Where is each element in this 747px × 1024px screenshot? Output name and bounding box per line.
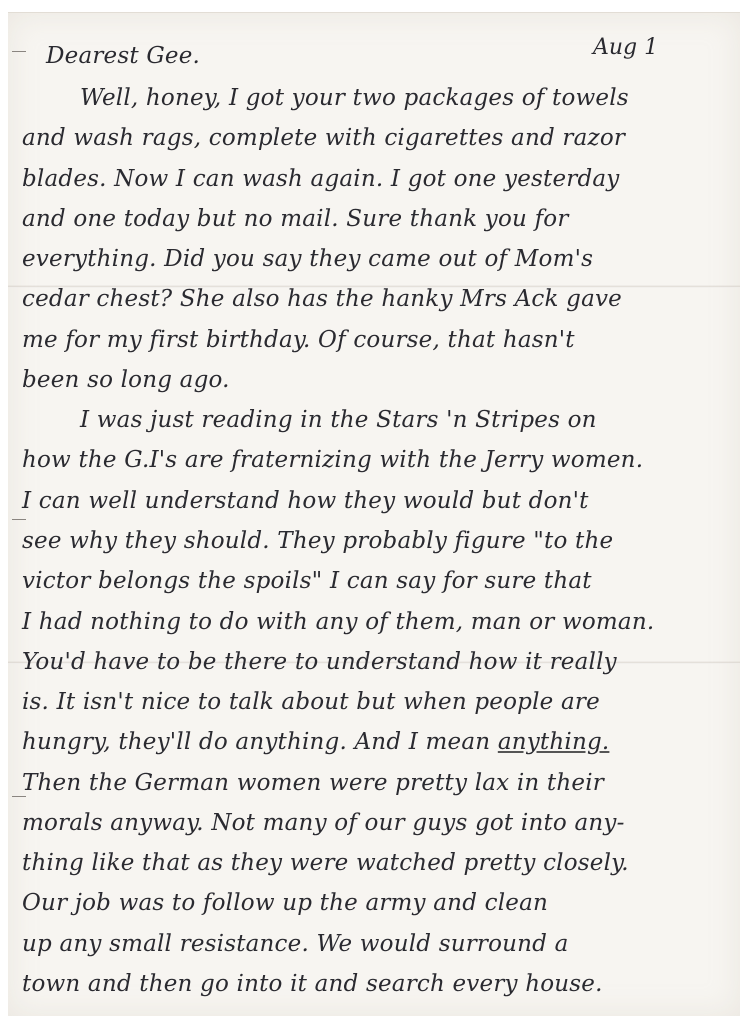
letter-line: and one today but no mail. Sure thank yo…: [22, 206, 569, 232]
letter-line: morals anyway. Not many of our guys got …: [22, 810, 625, 836]
letter-line-text: hungry, they'll do anything. And I mean: [22, 729, 490, 755]
letter-line: thing like that as they were watched pre…: [22, 850, 629, 876]
letter-line: everything. Did you say they came out of…: [22, 246, 593, 272]
letter-line: me for my first birthday. Of course, tha…: [22, 327, 575, 353]
letter-line: hungry, they'll do anything. And I mean …: [22, 729, 609, 755]
letter-line: I was just reading in the Stars 'n Strip…: [80, 407, 597, 433]
letter-line: blades. Now I can wash again. I got one …: [22, 166, 620, 192]
letter-line: been so long ago.: [22, 367, 230, 393]
margin-mark: [12, 51, 26, 52]
letter-line: I can well understand how they would but…: [22, 488, 589, 514]
letter-greeting: Dearest Gee.: [46, 43, 200, 69]
letter-line: cedar chest? She also has the hanky Mrs …: [22, 286, 622, 312]
letter-line: see why they should. They probably figur…: [22, 528, 613, 554]
letter-line: is. It isn't nice to talk about but when…: [22, 689, 600, 715]
letter-line: how the G.I's are fraternizing with the …: [22, 447, 643, 473]
letter-line: victor belongs the spoils" I can say for…: [22, 568, 592, 594]
emphasis-word: anything.: [498, 729, 610, 755]
letter-line: Our job was to follow up the army and cl…: [22, 890, 548, 916]
letter-date: Aug 1: [593, 35, 658, 60]
letter-line: You'd have to be there to understand how…: [22, 649, 617, 675]
letter-line: and wash rags, complete with cigarettes …: [22, 125, 625, 151]
letter-line: Well, honey, I got your two packages of …: [80, 85, 629, 111]
letter-page: Aug 1 Dearest Gee. Well, honey, I got yo…: [8, 12, 740, 1016]
letter-line: town and then go into it and search ever…: [22, 971, 603, 997]
letter-line: up any small resistance. We would surrou…: [22, 931, 569, 957]
letter-line: I had nothing to do with any of them, ma…: [22, 609, 654, 635]
margin-mark: [12, 796, 26, 797]
letter-line: Then the German women were pretty lax in…: [22, 770, 604, 796]
margin-mark: [12, 519, 26, 520]
